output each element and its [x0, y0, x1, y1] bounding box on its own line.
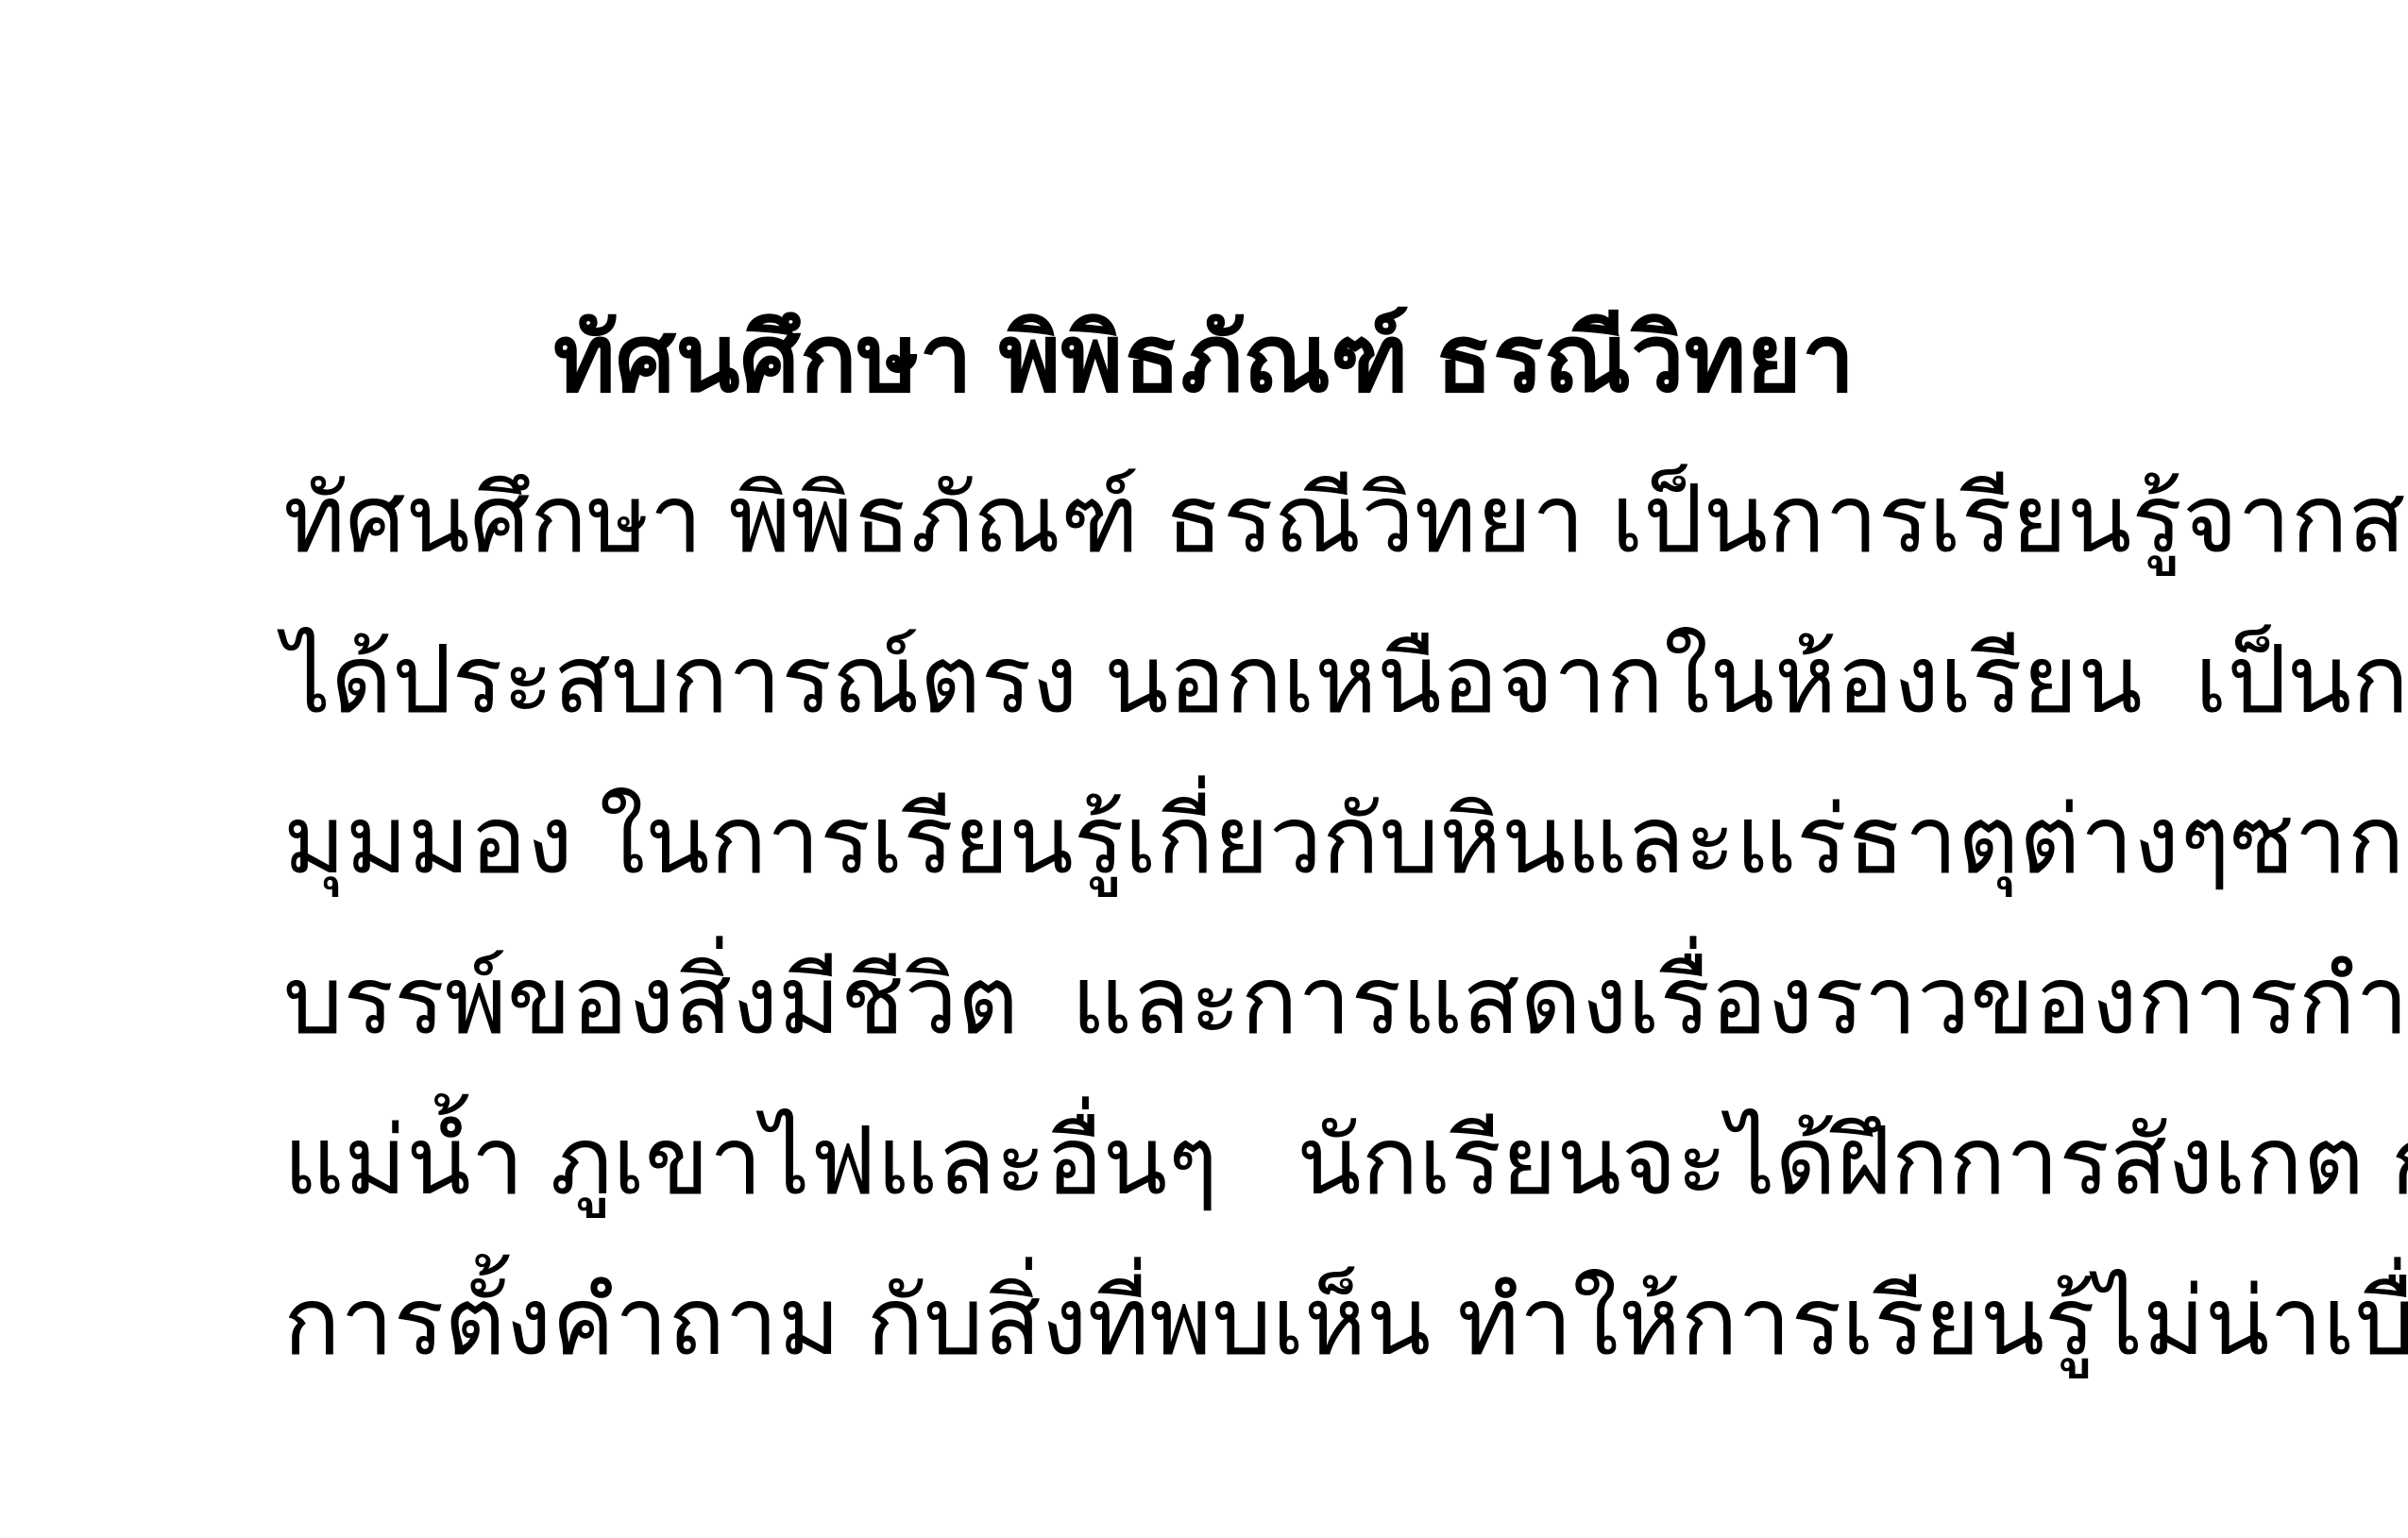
paragraph-line-5: แม่น้ำ ภูเขาไฟและอื่นๆ นักเรียนจะได้ฝึกก… [283, 1081, 2129, 1242]
paragraph-line-6: การตั้งคำถาม กับสิ่งที่พบเห็น ทำให้การเร… [283, 1242, 2129, 1402]
paragraph: ทัศนศึกษา พิพิธภัณฑ์ ธรณีวิทยา เป็นการเร… [283, 439, 2129, 1402]
paragraph-line-2: ได้ประสบการณ์ตรง นอกเหนือจากในห้องเรียน … [283, 600, 2129, 760]
paragraph-line-1: ทัศนศึกษา พิพิธภัณฑ์ ธรณีวิทยา เป็นการเร… [283, 439, 2129, 600]
document-page: ทัศนศึกษา พิพิธภัณฑ์ ธรณีวิทยา ทัศนศึกษา… [0, 0, 2408, 1538]
paragraph-line-3: มุมมอง ในการเรียนรู้เกี่ยวกับหินและแร่ธา… [283, 760, 2129, 921]
document-title: ทัศนศึกษา พิพิธภัณฑ์ ธรณีวิทยา [0, 279, 2408, 439]
paragraph-line-4: บรรพ์ของสิ่งมีชีวิต และการแสดงเรื่องราวข… [283, 921, 2129, 1081]
